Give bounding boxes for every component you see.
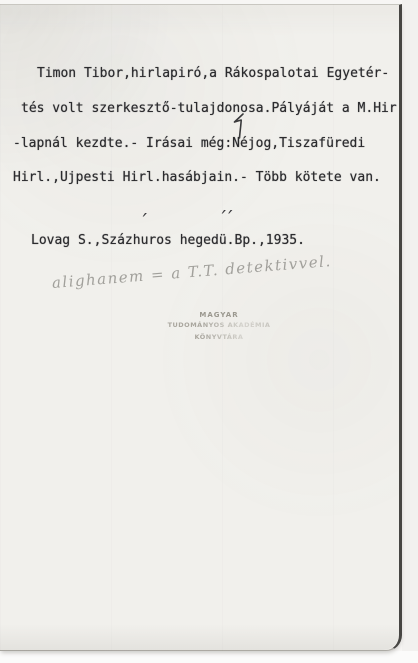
stamp-line-2: TUDOMÁNYOS AKADÉMIA [158,320,280,331]
typed-line-3: -lapnál kezdte.- Irásai még:Néjog,Tiszaf… [13,136,365,152]
scanned-catalog-card-image: Timon Tibor,hirlapiró,a Rákospalotai Egy… [0,0,418,663]
pencil-annotation: alighanem = a T.T. detektivvel. [51,248,381,292]
typed-line-2: tés volt szerkesztő-tulajdonosa.Pályáját… [21,101,397,117]
stamp-line-1: MAGYAR [158,310,280,320]
scan-background-bottom [0,651,418,663]
insertion-caret-icon [231,112,247,143]
citation-line: Lovag S.,Százhuros hegedü.Bp.,1935. [31,233,305,249]
typed-line-4: Hirl.,Ujpesti Hirl.hasábjain.- Több köte… [13,170,381,186]
library-stamp: MAGYAR TUDOMÁNYOS AKADÉMIA KÖNYVTÁRA [158,310,280,343]
scan-background-right [402,0,418,663]
handwritten-accent-acute-mark: ´ [139,217,146,227]
handwritten-accent-double-acute-mark: ´´ [218,214,231,224]
typed-line-1: Timon Tibor,hirlapiró,a Rákospalotai Egy… [37,66,389,82]
stamp-line-3: KÖNYVTÁRA [158,331,280,343]
catalog-card: Timon Tibor,hirlapiró,a Rákospalotai Egy… [0,4,402,651]
